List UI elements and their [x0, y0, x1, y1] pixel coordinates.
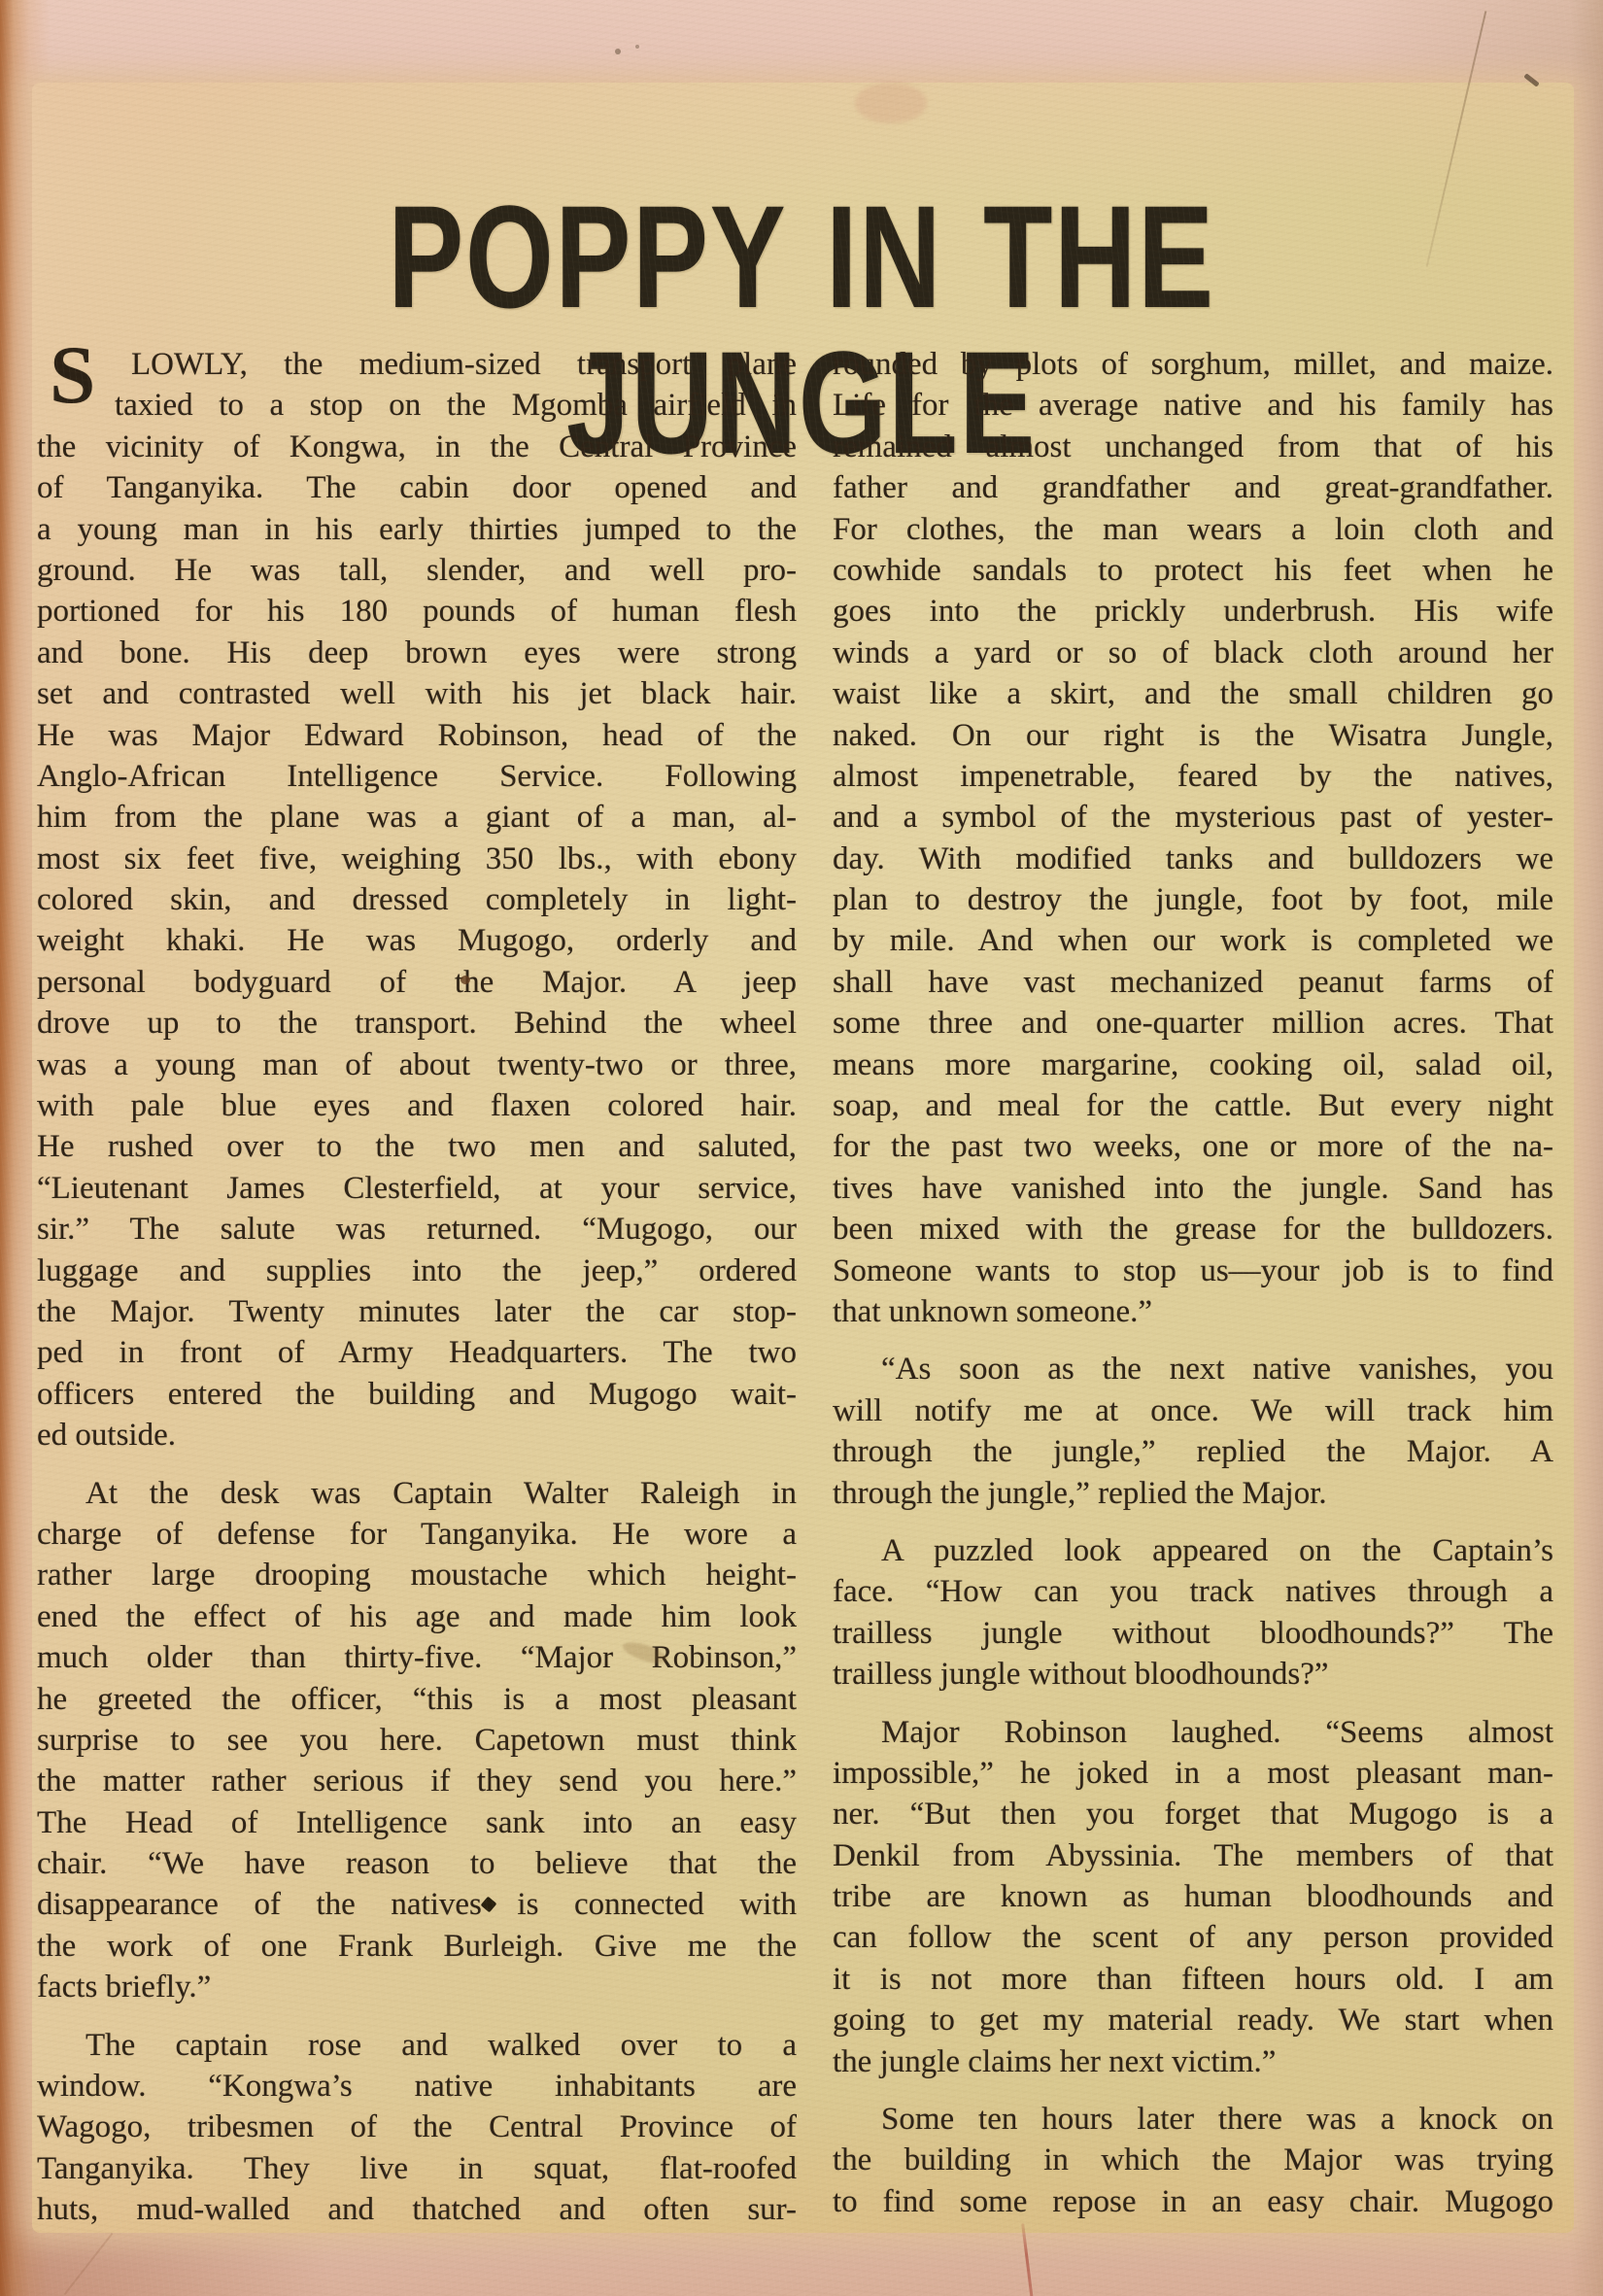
- text-line: winds a yard or so of black cloth around…: [833, 633, 1553, 673]
- text-line: Tanganyika. They live in squat, flat-roo…: [37, 2148, 797, 2189]
- drop-cap: S: [50, 342, 95, 410]
- text-line: personal bodyguard of the Major. A jeep: [37, 962, 797, 1003]
- text-line: Someone wants to stop us—your job is to …: [833, 1251, 1553, 1291]
- text-line: day. With modified tanks and bulldozers …: [833, 839, 1553, 879]
- text-line: disappearance of the natives is connecte…: [37, 1884, 797, 1925]
- text-line: set and contrasted well with his jet bla…: [37, 673, 797, 714]
- text-line: of Tanganyika. The cabin door opened and: [37, 467, 797, 508]
- text-line: soap, and meal for the cattle. But every…: [833, 1085, 1553, 1126]
- text-line: Wagogo, tribesmen of the Central Provinc…: [37, 2107, 797, 2147]
- text-line: drove up to the transport. Behind the wh…: [37, 1003, 797, 1044]
- text-line: The Head of Intelligence sank into an ea…: [37, 1802, 797, 1843]
- text-line: rounded by plots of sorghum, millet, and…: [833, 344, 1553, 385]
- text-line: been mixed with the grease for the bulld…: [833, 1209, 1553, 1250]
- text-line: A puzzled look appeared on the Captain’s: [833, 1530, 1553, 1571]
- text-line: to find some repose in an easy chair. Mu…: [833, 2181, 1553, 2222]
- text-line: tribe are known as human bloodhounds and: [833, 1876, 1553, 1917]
- text-line: Some ten hours later there was a knock o…: [833, 2099, 1553, 2140]
- text-line: face. “How can you track natives through…: [833, 1571, 1553, 1612]
- text-line: rather large drooping moustache which he…: [37, 1555, 797, 1595]
- text-line: the vicinity of Kongwa, in the Central P…: [37, 427, 797, 467]
- text-line: ground. He was tall, slender, and well p…: [37, 550, 797, 591]
- text-line: “As soon as the next native vanishes, yo…: [833, 1349, 1553, 1389]
- scanned-story-page: { "page": { "title": "POPPY IN THE JUNGL…: [0, 0, 1603, 2296]
- text-line: Anglo-African Intelligence Service. Foll…: [37, 756, 797, 797]
- text-line: father and grandfather and great-grandfa…: [833, 467, 1553, 508]
- text-line: was a young man of about twenty-two or t…: [37, 1045, 797, 1085]
- text-line: ened the effect of his age and made him …: [37, 1596, 797, 1637]
- text-line: much older than thirty-five. “Major Robi…: [37, 1637, 797, 1678]
- text-line: At the desk was Captain Walter Raleigh i…: [37, 1473, 797, 1514]
- text-line: by mile. And when our work is completed …: [833, 920, 1553, 961]
- text-line: huts, mud-walled and thatched and often …: [37, 2189, 797, 2230]
- paragraph: Major Robinson laughed. “Seems almostimp…: [833, 1712, 1553, 2083]
- text-line: remained almost unchanged from that of h…: [833, 427, 1553, 467]
- text-line: a young man in his early thirties jumped…: [37, 509, 797, 550]
- text-line: shall have vast mechanized peanut farms …: [833, 962, 1553, 1003]
- text-line: colored skin, and dressed completely in …: [37, 879, 797, 920]
- text-line: LOWLY, the medium-sized transport plane: [37, 344, 797, 385]
- text-column-right: rounded by plots of sorghum, millet, and…: [833, 344, 1553, 2222]
- text-line: The captain rose and walked over to a: [37, 2025, 797, 2066]
- text-line: window. “Kongwa’s native inhabitants are: [37, 2066, 797, 2107]
- text-line: goes into the prickly underbrush. His wi…: [833, 591, 1553, 632]
- text-line: charge of defense for Tanganyika. He wor…: [37, 1514, 797, 1555]
- text-line: surprise to see you here. Capetown must …: [37, 1720, 797, 1761]
- text-line: tives have vanished into the jungle. San…: [833, 1168, 1553, 1209]
- text-line: ner. “But then you forget that Mugogo is…: [833, 1794, 1553, 1834]
- text-line: He rushed over to the two men and salute…: [37, 1126, 797, 1167]
- text-line: trailless jungle without bloodhounds?” T…: [833, 1613, 1553, 1654]
- text-line: the jungle claims her next victim.”: [833, 2041, 1553, 2082]
- text-line: trailless jungle without bloodhounds?”: [833, 1654, 1553, 1695]
- text-line: chair. “We have reason to believe that t…: [37, 1843, 797, 1884]
- text-line: ed outside.: [37, 1415, 797, 1456]
- paragraph: A puzzled look appeared on the Captain’s…: [833, 1530, 1553, 1696]
- text-line: most six feet five, weighing 350 lbs., w…: [37, 839, 797, 879]
- text-line: going to get my material ready. We start…: [833, 2000, 1553, 2040]
- text-line: can follow the scent of any person provi…: [833, 1917, 1553, 1958]
- text-line: him from the plane was a giant of a man,…: [37, 797, 797, 838]
- text-line: the building in which the Major was tryi…: [833, 2140, 1553, 2180]
- paragraph: rounded by plots of sorghum, millet, and…: [833, 344, 1553, 1332]
- text-line: through the jungle,” replied the Major. …: [833, 1431, 1553, 1472]
- text-line: the work of one Frank Burleigh. Give me …: [37, 1926, 797, 1967]
- text-line: “Lieutenant James Clesterfield, at your …: [37, 1168, 797, 1209]
- text-line: he greeted the officer, “this is a most …: [37, 1679, 797, 1720]
- text-line: Major Robinson laughed. “Seems almost: [833, 1712, 1553, 1753]
- text-line: portioned for his 180 pounds of human fl…: [37, 591, 797, 632]
- paragraph: At the desk was Captain Walter Raleigh i…: [37, 1473, 797, 2008]
- text-line: Denkil from Abyssinia. The members of th…: [833, 1835, 1553, 1876]
- paragraph: SLOWLY, the medium-sized transport plane…: [37, 344, 797, 1456]
- text-line: with pale blue eyes and flaxen colored h…: [37, 1085, 797, 1126]
- text-line: the Major. Twenty minutes later the car …: [37, 1291, 797, 1332]
- text-line: waist like a skirt, and the small childr…: [833, 673, 1553, 714]
- text-line: and bone. His deep brown eyes were stron…: [37, 633, 797, 673]
- text-line: cowhide sandals to protect his feet when…: [833, 550, 1553, 591]
- text-line: means more margarine, cooking oil, salad…: [833, 1045, 1553, 1085]
- paragraph: The captain rose and walked over to awin…: [37, 2025, 797, 2231]
- text-line: that unknown someone.”: [833, 1291, 1553, 1332]
- text-line: sir.” The salute was returned. “Mugogo, …: [37, 1209, 797, 1250]
- text-line: For clothes, the man wears a loin cloth …: [833, 509, 1553, 550]
- text-column-left: SLOWLY, the medium-sized transport plane…: [37, 344, 797, 2231]
- text-line: for the past two weeks, one or more of t…: [833, 1126, 1553, 1167]
- text-line: Life for the average native and his fami…: [833, 385, 1553, 426]
- paragraph: Some ten hours later there was a knock o…: [833, 2099, 1553, 2222]
- text-line: almost impenetrable, feared by the nativ…: [833, 756, 1553, 797]
- text-line: luggage and supplies into the jeep,” ord…: [37, 1251, 797, 1291]
- text-line: through the jungle,” replied the Major.: [833, 1473, 1553, 1514]
- text-line: impossible,” he joked in a most pleasant…: [833, 1753, 1553, 1794]
- text-line: facts briefly.”: [37, 1967, 797, 2007]
- text-line: officers entered the building and Mugogo…: [37, 1374, 797, 1415]
- text-line: He was Major Edward Robinson, head of th…: [37, 715, 797, 756]
- text-line: and a symbol of the mysterious past of y…: [833, 797, 1553, 838]
- text-line: the matter rather serious if they send y…: [37, 1761, 797, 1801]
- text-line: some three and one-quarter million acres…: [833, 1003, 1553, 1044]
- text-line: taxied to a stop on the Mgomba airfield …: [37, 385, 797, 426]
- text-line: it is not more than fifteen hours old. I…: [833, 1959, 1553, 2000]
- paragraph: “As soon as the next native vanishes, yo…: [833, 1349, 1553, 1514]
- text-line: ped in front of Army Headquarters. The t…: [37, 1332, 797, 1373]
- text-line: naked. On our right is the Wisatra Jungl…: [833, 715, 1553, 756]
- text-line: will notify me at once. We will track hi…: [833, 1390, 1553, 1431]
- text-line: plan to destroy the jungle, foot by foot…: [833, 879, 1553, 920]
- text-line: weight khaki. He was Mugogo, orderly and: [37, 920, 797, 961]
